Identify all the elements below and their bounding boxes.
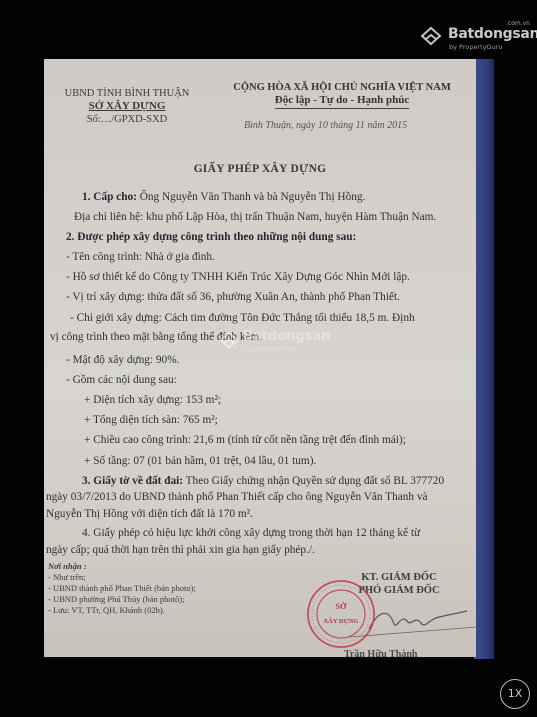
recipient-item: - Lưu: VT, TTr, QH, Khánh (02b). xyxy=(48,605,196,616)
issuer-header: UBND TỈNH BÌNH THUẬN SỞ XÂY DỰNG Số:…/GP… xyxy=(52,87,202,126)
section-2-subitem: + Diện tích xây dựng: 153 m²; xyxy=(84,394,221,406)
svg-text:XÂY DỰNG: XÂY DỰNG xyxy=(323,617,358,625)
section-2-subitem: + Tổng diện tích sàn: 765 m²; xyxy=(84,414,218,426)
section-2-item: - Hồ sơ thiết kế do Công ty TNHH Kiến Tr… xyxy=(66,271,410,283)
document-title: GIẤY PHÉP XÂY DỰNG xyxy=(44,163,476,175)
brand-name: Batdongsan xyxy=(448,26,537,42)
section-2-item: - Mật độ xây dựng: 90%. xyxy=(66,354,179,366)
signer-name: Trần Hữu Thành xyxy=(344,649,417,660)
section-4-line: ngày cấp; quá thời hạn trên thì phải xin… xyxy=(46,544,315,556)
recipient-item: - UBND thành phố Phan Thiết (bản photo); xyxy=(48,583,196,594)
section-2-item: - Vị trí xây dựng: thửa đất số 36, phườn… xyxy=(66,291,400,303)
recipients-list: Nơi nhận : - Như trên; - UBND thành phố … xyxy=(48,561,196,616)
photo-background-strip xyxy=(474,59,494,659)
construction-permit-document: UBND TỈNH BÌNH THUẬN SỞ XÂY DỰNG Số:…/GP… xyxy=(44,59,476,657)
section-2-item: - Chỉ giới xây dựng: Cách tim đường Tôn … xyxy=(70,312,415,324)
section-3-line: Nguyễn Thị Hồng với diện tích đất là 170… xyxy=(46,508,253,520)
official-stamp-icon: SỞ XÂY DỰNG xyxy=(306,579,376,649)
section-3-line: ngày 03/7/2013 do UBND thành phố Phan Th… xyxy=(46,491,428,503)
document-number: Số:…/GPXD-SXD xyxy=(52,113,202,126)
section-3-land-docs: 3. Giấy tờ về đất đai: Theo Giấy chứng n… xyxy=(82,475,444,487)
section-1-address: Địa chỉ liên hệ: khu phố Lập Hòa, thị tr… xyxy=(74,211,436,223)
national-motto: Độc lập - Tự do - Hạnh phúc xyxy=(275,94,409,109)
zoom-level-button[interactable]: 1X xyxy=(500,679,530,709)
svg-text:SỞ: SỞ xyxy=(336,601,347,611)
watermark-tagline: by PropertyGuru xyxy=(247,346,296,353)
issue-date: Bình Thuận, ngày 10 tháng 11 năm 2015 xyxy=(244,120,407,131)
recipient-item: - Như trên; xyxy=(48,572,196,583)
section-2-subitem: + Chiều cao công trình: 21,6 m (tính từ … xyxy=(84,434,406,446)
section-2-item: - Tên công trình: Nhà ở gia đình. xyxy=(66,251,215,263)
issuer-province: UBND TỈNH BÌNH THUẬN xyxy=(52,87,202,100)
brand-logo: .com.vn Batdongsan by PropertyGuru xyxy=(420,24,530,52)
watermark-logo-icon xyxy=(219,331,239,351)
recipient-item: - UBND phường Phú Thủy (bản photô); xyxy=(48,594,196,605)
section-4-validity: 4. Giấy phép có hiệu lực khởi công xây d… xyxy=(82,527,420,539)
national-title: CỘNG HÒA XÃ HỘI CHỦ NGHĨA VIỆT NAM xyxy=(212,81,472,94)
national-header: CỘNG HÒA XÃ HỘI CHỦ NGHĨA VIỆT NAM Độc l… xyxy=(212,81,472,109)
section-2-subitem: + Số tầng: 07 (01 bán hầm, 01 trệt, 04 l… xyxy=(84,455,316,467)
watermark: Batdongsan by PropertyGuru xyxy=(219,329,359,359)
issuer-department: SỞ XÂY DỰNG xyxy=(52,100,202,113)
section-1-grantee: 1. Cấp cho: Ông Nguyễn Văn Thanh và bà N… xyxy=(82,191,365,203)
section-3-label: 3. Giấy tờ về đất đai: xyxy=(82,475,183,487)
section-2-item: - Gồm các nội dung sau: xyxy=(66,374,177,386)
section-1-label: 1. Cấp cho: xyxy=(82,191,137,203)
section-2-heading: 2. Được phép xây dựng công trình theo nh… xyxy=(66,231,356,243)
watermark-name: Batdongsan xyxy=(243,329,330,344)
image-viewer: .com.vn Batdongsan by PropertyGuru UBND … xyxy=(0,0,537,717)
brand-tagline: by PropertyGuru xyxy=(449,43,503,51)
recipients-heading: Nơi nhận : xyxy=(48,561,196,572)
batdongsan-logo-icon xyxy=(420,26,442,48)
